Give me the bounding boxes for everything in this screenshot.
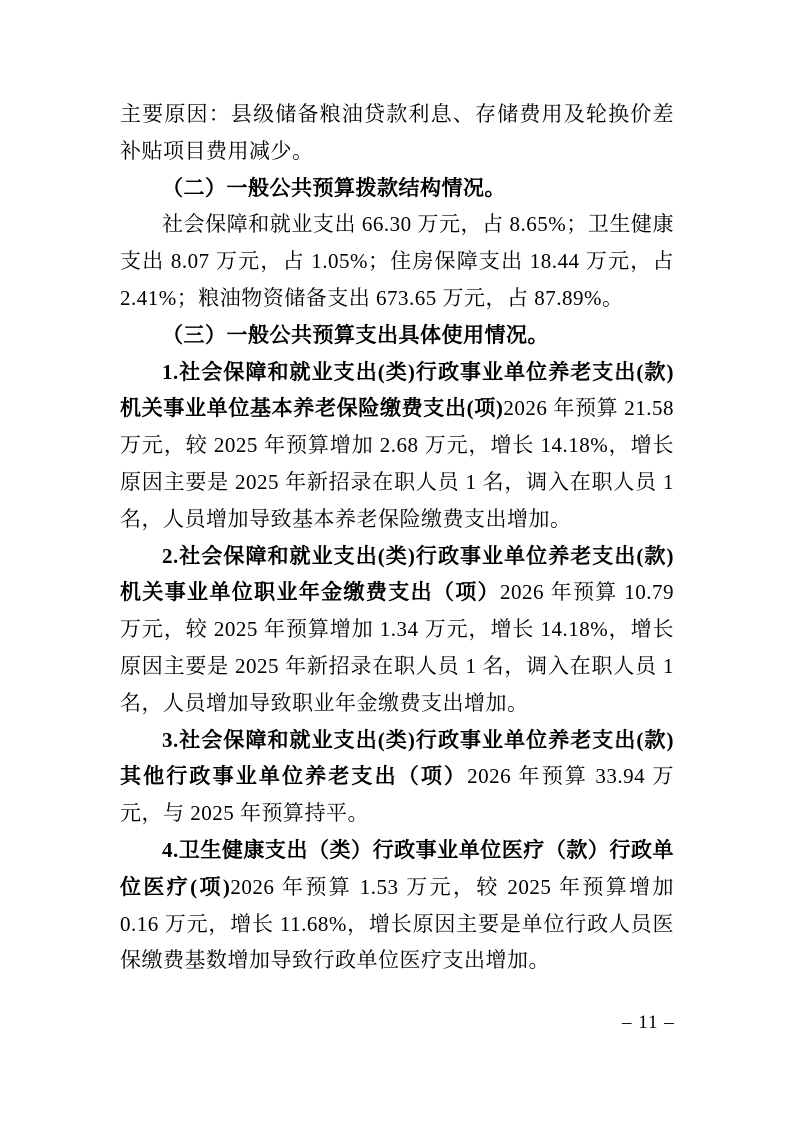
paragraph-allocation-structure: 社会保障和就业支出 66.30 万元，占 8.65%；卫生健康支出 8.07 万…	[120, 206, 674, 316]
document-body: 主要原因：县级储备粮油贷款利息、存储费用及轮换价差补贴项目费用减少。 （二）一般…	[120, 96, 674, 979]
page-number: – 11 –	[622, 1012, 675, 1034]
document-page: 主要原因：县级储备粮油贷款利息、存储费用及轮换价差补贴项目费用减少。 （二）一般…	[0, 0, 793, 1122]
budget-item-3: 3.社会保障和就业支出(类)行政事业单位养老支出(款)其他行政事业单位养老支出（…	[120, 722, 674, 832]
section-heading-iii: （三）一般公共预算支出具体使用情况。	[120, 317, 674, 354]
section-heading-ii: （二）一般公共预算拨款结构情况。	[120, 170, 674, 207]
paragraph-continuation: 主要原因：县级储备粮油贷款利息、存储费用及轮换价差补贴项目费用减少。	[120, 96, 674, 170]
budget-item-2: 2.社会保障和就业支出(类)行政事业单位养老支出(款)机关事业单位职业年金缴费支…	[120, 538, 674, 722]
budget-item-4: 4.卫生健康支出（类）行政事业单位医疗（款）行政单位医疗(项)2026 年预算 …	[120, 832, 674, 979]
budget-item-1: 1.社会保障和就业支出(类)行政事业单位养老支出(款)机关事业单位基本养老保险缴…	[120, 354, 674, 538]
